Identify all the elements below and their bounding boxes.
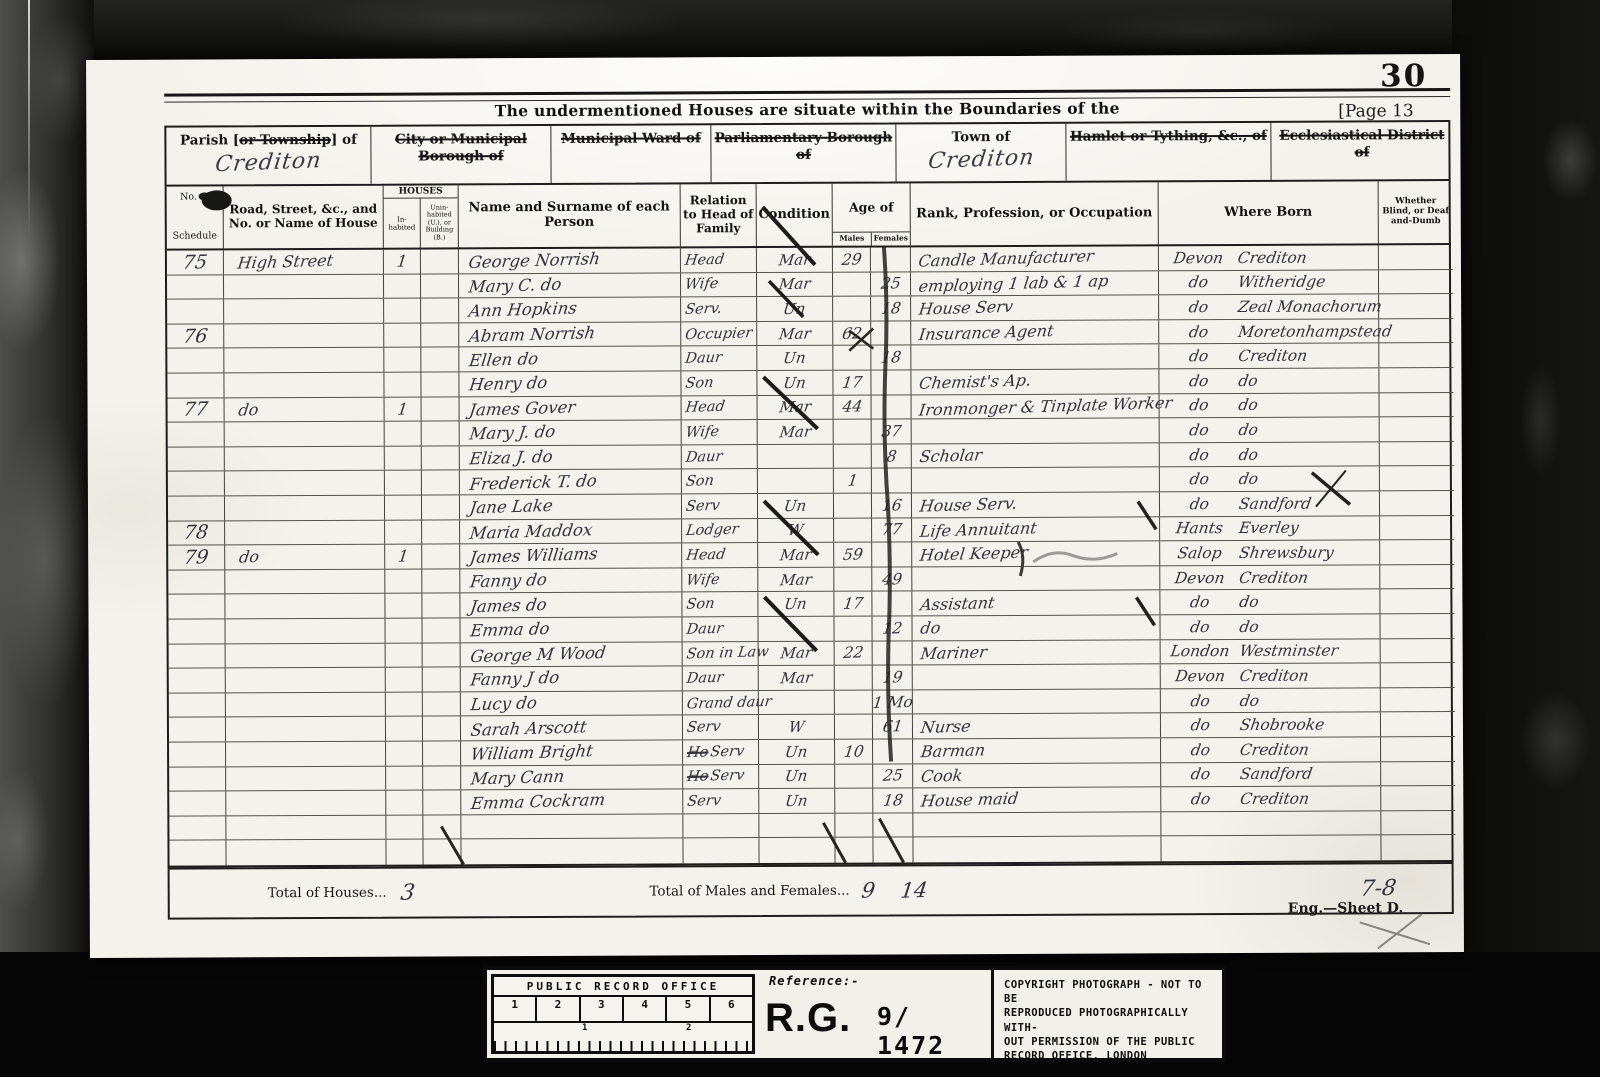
cell-sched	[169, 841, 226, 866]
cell-occ	[913, 837, 1161, 863]
cell-sched	[167, 373, 224, 397]
cell-blind	[1380, 442, 1454, 466]
cell-born: dodo	[1160, 467, 1380, 492]
cell-rel: Daur	[681, 346, 757, 370]
cell-road	[224, 373, 384, 397]
cell-blind	[1381, 786, 1455, 810]
cell-m	[833, 272, 871, 296]
boundary-ecclesiastical: Ecclesiastical District of	[1271, 122, 1452, 180]
cell-sched: 75	[167, 250, 224, 274]
cell-uninh	[421, 299, 459, 323]
cell-uninh	[422, 397, 460, 421]
col-males: Males	[833, 233, 872, 246]
cell-cond	[758, 469, 834, 493]
cell-born: DevonCrediton	[1160, 565, 1380, 590]
cell-inh	[384, 299, 421, 323]
cell-road	[225, 594, 385, 618]
cell-blind	[1379, 270, 1453, 294]
cell-f: 1 Mo	[873, 690, 913, 714]
col-schedule-line2: Schedule	[173, 232, 217, 243]
cell-blind	[1380, 565, 1454, 589]
cell-cond: Mar	[758, 395, 834, 419]
cell-road	[224, 324, 384, 348]
cell-f: 18	[873, 789, 913, 813]
cell-m	[833, 346, 871, 370]
cell-name: Mary Cann	[461, 765, 683, 790]
inch-mark: 2	[686, 1023, 691, 1033]
cell-inh	[385, 594, 422, 618]
col-condition: Condition	[757, 184, 833, 246]
cell-f: 18	[871, 297, 911, 321]
cell-f	[871, 321, 911, 345]
cell-f	[873, 838, 913, 863]
cell-inh	[385, 422, 422, 446]
cell-occ	[913, 689, 1161, 714]
total-houses-value: 3	[387, 880, 476, 905]
boundaries-header: Parish [or Township] of Crediton City or…	[164, 120, 1450, 187]
cell-inh	[386, 766, 423, 790]
col-inhabited: In-habited	[384, 199, 421, 248]
cell-sched: 78	[168, 521, 225, 545]
cell-road	[224, 348, 384, 372]
cell-uninh	[423, 840, 461, 865]
cell-m: 44	[834, 395, 872, 419]
cell-uninh	[422, 471, 460, 495]
parish-label-struck: or Township	[239, 132, 331, 148]
table-title: The undermentioned Houses are situate wi…	[495, 98, 1120, 120]
ward-label: Municipal Ward of	[551, 130, 710, 148]
cell-occ	[912, 468, 1160, 493]
cell-inh	[385, 471, 422, 495]
cell-rel	[683, 838, 759, 863]
cell-name: James Gover	[460, 396, 682, 421]
col-females: Females	[872, 233, 910, 246]
cell-born: doCrediton	[1161, 787, 1381, 812]
cell-rel: Wife	[682, 568, 758, 592]
cell-rel: Head	[682, 396, 758, 420]
cell-f: 8	[872, 444, 912, 468]
cell-f: 18	[871, 346, 911, 370]
cell-name: Maria Maddox	[460, 519, 682, 544]
cell-road	[225, 471, 385, 495]
cell-road	[225, 569, 385, 593]
cell-occ: Chemist's Ap.	[911, 369, 1159, 394]
total-females-value: 14	[888, 878, 940, 902]
cell-inh	[386, 692, 423, 716]
cell-sched	[169, 767, 226, 791]
cell-uninh	[423, 717, 461, 741]
cell-cond	[759, 838, 835, 863]
cell-occ	[911, 345, 1159, 370]
cell-f: 61	[873, 715, 913, 739]
cell-inh	[384, 274, 421, 298]
col-schedule-line1: No. of	[180, 192, 209, 203]
cell-born: doMoretonhampstead	[1159, 319, 1379, 344]
cell-inh: 1	[384, 250, 421, 274]
cell-rel: Lodger	[682, 519, 758, 543]
town-label: Town of	[896, 129, 1065, 147]
cell-m: 62	[833, 321, 871, 345]
cell-blind	[1381, 639, 1455, 663]
cell-sched: 77	[168, 398, 225, 422]
cell-road: do	[225, 545, 385, 569]
cell-sched	[169, 742, 226, 766]
cell-f	[871, 247, 911, 271]
cell-occ: Life Annuitant	[912, 517, 1160, 542]
cell-rel: HoServ	[683, 765, 759, 789]
boundary-parliamentary: Parliamentary Borough of	[711, 124, 896, 182]
cell-road	[226, 692, 386, 716]
cell-uninh	[421, 348, 459, 372]
cell-f: 12	[872, 616, 912, 640]
cell-m	[835, 813, 873, 837]
cell-inh	[384, 373, 421, 397]
cell-sched	[169, 669, 226, 693]
cell-rel: Grand daur	[683, 691, 759, 715]
cell-blind	[1381, 737, 1455, 761]
cell-road	[226, 791, 386, 815]
cell-sched	[168, 447, 225, 471]
cell-m	[834, 420, 872, 444]
hamlet-label: Hamlet or Tything, &c., of	[1066, 128, 1270, 146]
cm-mark: 4	[624, 997, 667, 1021]
cell-rel: Serv.	[681, 297, 757, 321]
cell-born: SalopShrewsbury	[1160, 541, 1380, 566]
copyright-line: OUT PERMISSION OF THE PUBLIC	[1004, 1035, 1216, 1049]
cell-cond	[759, 814, 835, 838]
cell-name: Sarah Arscott	[461, 716, 683, 741]
boundary-town: Town of Crediton	[896, 124, 1066, 182]
cell-road	[226, 815, 386, 839]
cell-cond: Mar	[757, 248, 833, 272]
cell-occ	[912, 419, 1160, 444]
cell-uninh	[421, 249, 459, 273]
cell-blind	[1381, 811, 1455, 835]
cell-f: 37	[872, 420, 912, 444]
cell-uninh	[421, 274, 459, 298]
cell-sched	[168, 595, 225, 619]
cell-born: dodo	[1160, 418, 1380, 443]
cell-sched	[168, 496, 225, 520]
cell-occ	[913, 812, 1161, 837]
cell-born	[1161, 811, 1381, 836]
cell-occ: Cook	[913, 763, 1161, 788]
cell-occ: Barman	[913, 738, 1161, 763]
cell-inh	[385, 619, 422, 643]
cell-born: dodo	[1160, 442, 1380, 467]
cell-f	[873, 641, 913, 665]
cell-f	[872, 395, 912, 419]
cell-m	[834, 617, 872, 641]
cell-born: doZeal Monachorum	[1159, 295, 1379, 320]
cell-sched	[167, 275, 224, 299]
cell-occ	[912, 566, 1160, 591]
cm-mark: 5	[667, 997, 710, 1021]
cell-sched	[167, 300, 224, 324]
cell-name: Emma Cockram	[461, 790, 683, 815]
col-road: Road, Street, &c., and No. or Name of Ho…	[224, 186, 384, 249]
cell-uninh	[422, 495, 460, 519]
col-born: Where Born	[1159, 181, 1379, 244]
cell-uninh	[423, 815, 461, 839]
cell-rel: Daur	[682, 445, 758, 469]
col-age-label: Age of	[833, 183, 910, 232]
cell-m	[835, 666, 873, 690]
cell-inh	[385, 496, 422, 520]
cell-born: doSandford	[1160, 491, 1380, 516]
col-name: Name and Surname of each Person	[459, 184, 681, 247]
cell-blind	[1381, 835, 1455, 860]
sheet-note: Eng.—Sheet D.	[1288, 900, 1404, 917]
cell-occ: House maid	[913, 788, 1161, 813]
cell-name: Fanny J do	[461, 667, 683, 692]
cell-sched: 79	[168, 546, 225, 570]
cell-cond: Un	[757, 297, 833, 321]
cell-m: 1	[834, 469, 872, 493]
column-headers: No. of Schedule Road, Street, &c., and N…	[165, 181, 1451, 251]
col-houses-subheaders: In-habited Unin-habited (U.), or Buildin…	[384, 199, 458, 248]
cell-m	[835, 838, 873, 863]
cell-sched	[169, 693, 226, 717]
cell-blind	[1380, 393, 1454, 417]
totals-row: Total of Houses... 3 Total of Males and …	[168, 862, 1454, 920]
table-row	[169, 835, 1455, 865]
cell-rel: Head	[681, 248, 757, 272]
col-houses-label: HOUSES	[384, 185, 458, 199]
cell-uninh	[423, 766, 461, 790]
cell-name: George M Wood	[461, 642, 683, 667]
cell-f	[872, 592, 912, 616]
inch-mark: 1	[582, 1023, 587, 1033]
cell-uninh	[422, 422, 460, 446]
cell-inh	[385, 569, 422, 593]
cell-m	[834, 567, 872, 591]
cell-born: doShobrooke	[1161, 713, 1381, 738]
pro-reference-box: PUBLIC RECORD OFFICE 1 2 3 4 5 6 1 2 Ref…	[483, 966, 1226, 1062]
cell-name: Eliza J. do	[460, 445, 682, 470]
cell-f	[873, 813, 913, 837]
cell-rel: Head	[682, 543, 758, 567]
cell-sched	[169, 816, 226, 840]
cell-name: William Bright	[461, 740, 683, 765]
cell-occ: Scholar	[912, 443, 1160, 468]
cell-m: 22	[835, 641, 873, 665]
col-condition-label: Condition	[758, 207, 830, 222]
cell-name: Abram Norrish	[459, 322, 681, 347]
table-body: 75High Street1George NorrishHeadMar29Can…	[165, 245, 1454, 868]
cell-m	[833, 297, 871, 321]
pro-ruler: PUBLIC RECORD OFFICE 1 2 3 4 5 6 1 2	[491, 974, 755, 1054]
cell-name: Mary J. do	[460, 421, 682, 446]
boundary-parish: Parish [or Township] of Crediton	[166, 127, 371, 185]
cell-road	[225, 520, 385, 544]
pro-office-label: PUBLIC RECORD OFFICE	[494, 977, 752, 997]
col-rank: Rank, Profession, or Occupation	[911, 182, 1159, 245]
copyright-line: COPYRIGHT PHOTOGRAPH - NOT TO BE	[1004, 978, 1216, 1006]
copyright-line: REPRODUCED PHOTOGRAPHICALLY WITH-	[1004, 1006, 1216, 1034]
parish-label-post: ] of	[331, 132, 357, 148]
cell-m: 29	[833, 248, 871, 272]
boundary-ward: Municipal Ward of	[551, 125, 711, 183]
cell-blind	[1381, 663, 1455, 687]
film-border-left	[0, 0, 94, 1077]
cell-rel: Occupier	[681, 322, 757, 346]
census-scan: 30 [Page 13 The undermentioned Houses ar…	[0, 0, 1600, 1077]
cell-m: 17	[834, 592, 872, 616]
cell-blind	[1379, 294, 1453, 318]
cell-born: dodo	[1160, 393, 1380, 418]
cell-occ: Hotel Keeper	[912, 542, 1160, 567]
cell-road	[224, 274, 384, 298]
boundary-parish-label: Parish [or Township] of	[166, 132, 370, 150]
cell-cond: Mar	[757, 272, 833, 296]
cell-occ: do	[912, 615, 1160, 640]
cell-name: James do	[460, 593, 682, 618]
cell-cond: Mar	[758, 420, 834, 444]
cell-occ: Nurse	[913, 714, 1161, 739]
reference-number: 9/ 1472	[877, 1002, 991, 1060]
cm-mark: 1	[494, 997, 537, 1021]
cell-uninh	[422, 594, 460, 618]
cell-born: doCrediton	[1161, 737, 1381, 762]
cell-name	[461, 814, 683, 839]
cell-road	[224, 299, 384, 323]
cell-cond: Un	[757, 346, 833, 370]
cell-occ: employing 1 lab & 1 ap	[911, 271, 1159, 296]
boundary-city: City or Municipal Borough of	[371, 126, 551, 184]
cell-road	[225, 422, 385, 446]
cell-rel: Wife	[682, 420, 758, 444]
cell-rel: Son	[682, 469, 758, 493]
col-blind: Whether Blind, or Deaf and-Dumb	[1379, 181, 1453, 243]
cell-sched	[168, 423, 225, 447]
cell-occ: House Serv	[911, 296, 1159, 321]
cell-cond: W	[759, 715, 835, 739]
cell-inh	[384, 323, 421, 347]
cell-sched	[168, 570, 225, 594]
parish-value: Crediton	[214, 148, 323, 177]
cell-uninh	[421, 323, 459, 347]
cell-road	[226, 766, 386, 790]
census-table: The undermentioned Houses are situate wi…	[164, 88, 1454, 920]
cell-cond	[758, 445, 834, 469]
cell-name: James Williams	[460, 544, 682, 569]
col-relation: Relation to Head of Family	[681, 184, 757, 246]
cell-cond: Un	[759, 789, 835, 813]
cell-rel: Serv	[683, 789, 759, 813]
pencil-note: 7-8	[1360, 876, 1396, 901]
boundary-hamlet: Hamlet or Tything, &c., of	[1066, 123, 1271, 181]
cell-name	[461, 839, 683, 865]
cell-sched	[169, 644, 226, 668]
cell-m	[834, 444, 872, 468]
cell-born: doCrediton	[1159, 344, 1379, 369]
cell-road	[225, 619, 385, 643]
cell-occ	[913, 665, 1161, 690]
reference-series: R.G.	[765, 996, 851, 1041]
cell-uninh	[422, 446, 460, 470]
cell-sched	[169, 718, 226, 742]
cell-born: dodo	[1159, 368, 1379, 393]
cell-born: doSandford	[1161, 762, 1381, 787]
cell-cond: Mar	[759, 666, 835, 690]
cell-name: Emma do	[460, 617, 682, 642]
cell-cond: Un	[759, 764, 835, 788]
cell-name: Jane Lake	[460, 494, 682, 519]
cell-inh	[385, 520, 422, 544]
col-houses-group: HOUSES In-habited Unin-habited (U.), or …	[384, 185, 459, 247]
cell-f	[871, 370, 911, 394]
cell-uninh	[423, 643, 461, 667]
col-road-label: Road, Street, &c., and No. or Name of Ho…	[225, 203, 382, 231]
cell-uninh	[421, 372, 459, 396]
total-mf-label: Total of Males and Females...	[476, 883, 850, 901]
cell-m: 59	[834, 543, 872, 567]
cell-occ: Ironmonger & Tinplate Worker	[912, 394, 1160, 419]
cell-f	[872, 469, 912, 493]
cell-m	[835, 690, 873, 714]
col-relation-label: Relation to Head of Family	[682, 194, 755, 236]
cell-uninh	[423, 692, 461, 716]
col-age-subheaders: Males Females	[833, 232, 910, 246]
cell-blind	[1380, 466, 1454, 490]
parliamentary-label: Parliamentary Borough of	[711, 129, 895, 164]
pro-reference-area: Reference:- R.G. 9/ 1472	[759, 970, 991, 1058]
cell-blind	[1381, 712, 1455, 736]
cell-cond: Un	[759, 740, 835, 764]
cell-rel	[683, 814, 759, 838]
cell-m	[834, 518, 872, 542]
cell-uninh	[423, 791, 461, 815]
town-value: Crediton	[926, 145, 1035, 174]
cell-cond	[758, 617, 834, 641]
cell-m: 17	[833, 371, 871, 395]
ecclesiastical-label: Ecclesiastical District of	[1271, 127, 1452, 162]
cell-blind	[1380, 516, 1454, 540]
film-border-top	[0, 0, 1600, 58]
cell-rel: Wife	[681, 273, 757, 297]
cell-f: 25	[873, 764, 913, 788]
cell-blind	[1380, 614, 1454, 638]
col-name-label: Name and Surname of each Person	[460, 200, 679, 231]
cell-f: 19	[873, 666, 913, 690]
cell-road	[226, 840, 386, 865]
city-label: City or Municipal Borough of	[371, 131, 550, 166]
cell-uninh	[422, 520, 460, 544]
cell-name: Mary C. do	[459, 273, 681, 298]
copyright-line: RECORD OFFICE, LONDON	[1004, 1049, 1216, 1063]
cell-name: Fanny do	[460, 568, 682, 593]
cell-f	[873, 739, 913, 763]
cell-name: Henry do	[459, 371, 681, 396]
cell-born: doWitheridge	[1159, 270, 1379, 295]
cell-born: dodo	[1161, 688, 1381, 713]
cell-inh	[386, 815, 423, 839]
col-born-label: Where Born	[1224, 205, 1312, 220]
cell-cond: W	[758, 518, 834, 542]
cell-m	[834, 494, 872, 518]
cell-occ: House Serv.	[912, 492, 1160, 517]
cm-mark: 2	[537, 997, 580, 1021]
col-schedule: No. of Schedule	[167, 186, 224, 248]
cell-uninh	[423, 668, 461, 692]
col-uninhabited: Unin-habited (U.), or Building (B.)	[421, 199, 458, 248]
cell-inh	[386, 717, 423, 741]
cell-cond: Mar	[759, 641, 835, 665]
cm-mark: 3	[581, 997, 624, 1021]
cell-inh	[386, 742, 423, 766]
parish-label-pre: Parish [	[180, 132, 239, 148]
